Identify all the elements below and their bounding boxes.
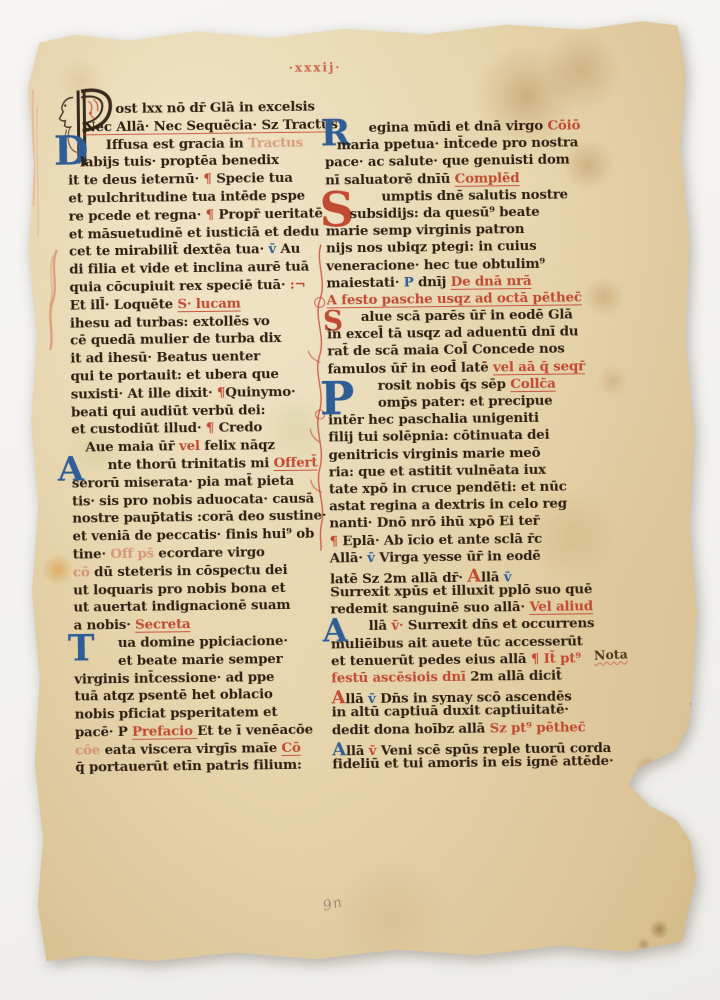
text-segment: et custodiūt illud· (71, 420, 206, 438)
text-segment: labijs tuis· proptēa benedix (80, 152, 279, 170)
text-segment: rat̄ de scā maia (327, 342, 443, 359)
text-segment: rosit nobis q̄s sēp (378, 376, 511, 394)
text-segment: ihesu ad turbas: extollēs vo (70, 313, 270, 331)
text-segment: egina mūdi et dnā virgo (368, 118, 547, 136)
text-segment: Off ps̄ (110, 545, 158, 562)
text-segment: Aue maia ūr̄ (85, 438, 179, 455)
text-segment: ¶ (206, 207, 219, 223)
pencil-mark: 9n (321, 894, 344, 915)
text-segment: Et ill̄· Loquēte (70, 296, 178, 313)
text-segment: Eplā· Ab īcio et ante sclā r̄c (342, 530, 542, 548)
text-segment: muliēibus ait auete tūc accesserūt (331, 633, 583, 652)
text-segment: P (404, 274, 419, 290)
text-segment: fideliū et tui amoris in eis ignē attēde… (332, 753, 613, 772)
text-segment: marie semp virginis patron (326, 221, 525, 239)
text-segment: serorū miserata· pia mat̄ pieta (72, 473, 294, 492)
text-segment: Concede nos (472, 341, 565, 358)
text-segment: Vel aliud (529, 598, 593, 615)
text-segment: tuā atqz psentē het oblacio (74, 686, 272, 704)
text-segment: :¬ (290, 277, 306, 293)
text-segment: ut loquaris pro nobis bona et (73, 579, 286, 598)
text-segment: subsidijs: da quesū⁹ beate (349, 204, 539, 222)
text-segment: Glā in excelsis (210, 99, 315, 116)
text-segment: festū ascēsiois dnī (331, 669, 470, 687)
text-column-right: Regina mūdi et dnā virgo Cōiōmaria ppetu… (324, 117, 634, 774)
offset-print-icon (27, 86, 43, 246)
text-segment: filij tui solēpnia: cōtinuata dei (328, 427, 549, 446)
text-segment: felix nāqz (204, 437, 275, 454)
text-segment: ¶ (206, 420, 219, 436)
text-segment: qui te portauit: et ubera que (70, 366, 278, 385)
text-segment: tine· (73, 546, 111, 562)
text-segment: Specie tua (216, 170, 293, 187)
text-segment: tate xpō in cruce pendēti: et nūc (329, 478, 567, 497)
text-segment: virginis int̄cessione· ad ppe (74, 669, 274, 687)
text-segment: re pcede et regna· (69, 207, 206, 225)
margin-red-mark-icon (689, 700, 703, 718)
text-segment: tis· sis pro nobis aduocata· causā (72, 490, 314, 509)
text-segment: di filia et vide et inclina aurē tuā (69, 259, 309, 278)
text-segment: astat regina a dextris in celo reg (329, 496, 567, 515)
text-segment: ecordare virgo (158, 544, 265, 561)
text-segment: v̄ (268, 241, 280, 257)
text-segment: cōe (75, 742, 105, 758)
text-segment: Et te ī venēacōe (197, 722, 313, 739)
text-segment: pace· ac salute· que genuisti dom (325, 152, 570, 171)
text-segment: et pulchritudine tua intēde pspe (68, 188, 305, 207)
text-segment: ria: que et astitit vulnēata iux (329, 462, 546, 481)
text-segment: Virga yesse ūr̄ in eodē (379, 548, 541, 566)
text-segment: quia cōcupiuit rex speciē tuā· (69, 277, 290, 296)
margin-flourish-icon (39, 246, 66, 356)
text-segment: v̄· (391, 618, 408, 634)
text-segment: nijs nos ubiqz ptegi: in cuius (326, 238, 537, 257)
text-segment: llā (369, 618, 392, 634)
text-segment: cē quedā mulier de turba dix (70, 330, 281, 349)
text-segment: Surrexit dn̄s et occurrens (408, 616, 595, 634)
text-segment: Complēd (455, 170, 520, 187)
text-segment: De dnā nrā (451, 273, 532, 290)
text-segment: cet te mirabilit̄ dextēa tua· (69, 242, 269, 260)
text-segment: nobis pficiat psperitatem et (75, 704, 278, 722)
parchment: ·xxxij· (20, 14, 708, 972)
text-segment: 2m allā dicit̄ (470, 668, 562, 685)
text-segment: nostre paup̄tatis :corā deo sustine· (72, 508, 326, 527)
text-segment: Tractus (248, 134, 303, 151)
text-segment: vel aā q̄ seqr̄ (493, 358, 585, 375)
text-segment: dedit dona hoībz allā (332, 720, 490, 738)
text-segment: Cōiō (547, 117, 580, 133)
text-segment: v̄ (367, 550, 379, 566)
text-segment: dū steteris in cōspectu dei (94, 562, 288, 580)
text-segment: intēr hec paschalia unigeniti (328, 410, 539, 429)
text-segment: ost lxx nō dr̄ (115, 100, 210, 117)
text-segment: maria ppetua· int̄cede pro nostra (337, 135, 579, 154)
text-column-left: ost lxx nō dr̄ Glā in excelsisNec Allā· … (67, 99, 327, 778)
text-segment: Au (280, 241, 300, 257)
text-segment: Collc̄a (510, 375, 556, 392)
text-segment: Col̄ (443, 342, 472, 358)
text-segment: Dnō nrō ihū xpō Ei ter̄ (377, 513, 540, 531)
text-segment: Secreta (135, 616, 191, 633)
text-segment: it te deus ieternū· (68, 171, 203, 189)
text-segment: et māsuetudinē et iusticiā et dedu (69, 223, 320, 242)
text-segment: dnīj (418, 274, 451, 290)
text-segment: suxisti· At ille dixit· (71, 385, 217, 403)
text-segment: S· lucam (177, 295, 240, 312)
text-segment: Offert̄ (274, 455, 318, 472)
text-segment: ¶ It̄ pt⁹ (531, 650, 581, 667)
text-segment: A festo pasche usqz ad octā pēthec̄ (327, 289, 582, 308)
text-segment: Cō (281, 739, 300, 755)
text-line: q̄ portauerūt etīn patris filium: (75, 757, 327, 778)
text-segment: vel (179, 438, 204, 454)
text-segment: nte thorū trinitatis mi (108, 455, 274, 473)
text-segment: Sz pt⁹ pēthec̄ (490, 719, 586, 736)
text-segment: veneracione· hec tue obtulim⁹ (326, 255, 545, 274)
text-segment: Credo (219, 420, 263, 437)
text-segment: et veniā de peccatis· finis hui⁹ ob (72, 526, 314, 545)
text-segment: ¶ (329, 533, 342, 549)
text-segment: pacē· P (75, 724, 132, 741)
text-segment: cō (73, 564, 94, 580)
text-segment: Propr̄ ueritatē (218, 205, 323, 222)
text-segment: alue scā parēs ūr̄ in eodē (361, 307, 548, 325)
margin-note: Nota (594, 646, 628, 663)
text-segment: Quinymo· (225, 384, 295, 401)
text-segment: umptis dnē salutis nostre (381, 186, 568, 204)
text-segment: Nec Allā· Nec Sequēcia· Sz Tractus (83, 116, 337, 135)
text-segment: beati qui audiūt verbū dei: (71, 402, 266, 420)
text-segment: in altū captiuā duxit captiuitatē· (332, 702, 569, 721)
text-segment: Surrexit xpūs et illuxit pplō suo quē (330, 581, 592, 600)
text-segment: omp̄s pater: et precipue (378, 393, 553, 411)
text-segment: maiestati· (326, 274, 403, 291)
text-segment: nanti· (329, 515, 377, 532)
text-segment: eata viscera virgīs maīe (104, 740, 281, 758)
text-segment: redemit sanguinē suo allā· (330, 599, 529, 617)
text-segment: et beate marie semper (118, 651, 283, 669)
text-segment: Allā· (330, 550, 368, 566)
text-segment: ua domine ppiciacione· (118, 633, 288, 651)
text-segment: Iffusa est gracia in (106, 135, 248, 153)
text-segment: Prefacio (132, 723, 197, 740)
manuscript-leaf: ·xxxij· (20, 14, 708, 972)
text-segment: genitricis virginis marie meō (328, 444, 540, 463)
text-segment: Glā (548, 306, 573, 322)
text-segment: ut auertat indignacionē suam (73, 597, 290, 616)
text-segment: q̄ portauerūt etīn patris filium: (75, 757, 302, 776)
text-segment: et tenuerūt pedes eius allā (331, 651, 531, 669)
text-segment: it ad ihesū· Beatus uenter (70, 348, 260, 366)
text-line: fideliū et tui amoris in eis ignē attēde… (332, 753, 634, 774)
text-segment: ¶ (203, 171, 216, 187)
folio-number: ·xxxij· (289, 60, 342, 75)
